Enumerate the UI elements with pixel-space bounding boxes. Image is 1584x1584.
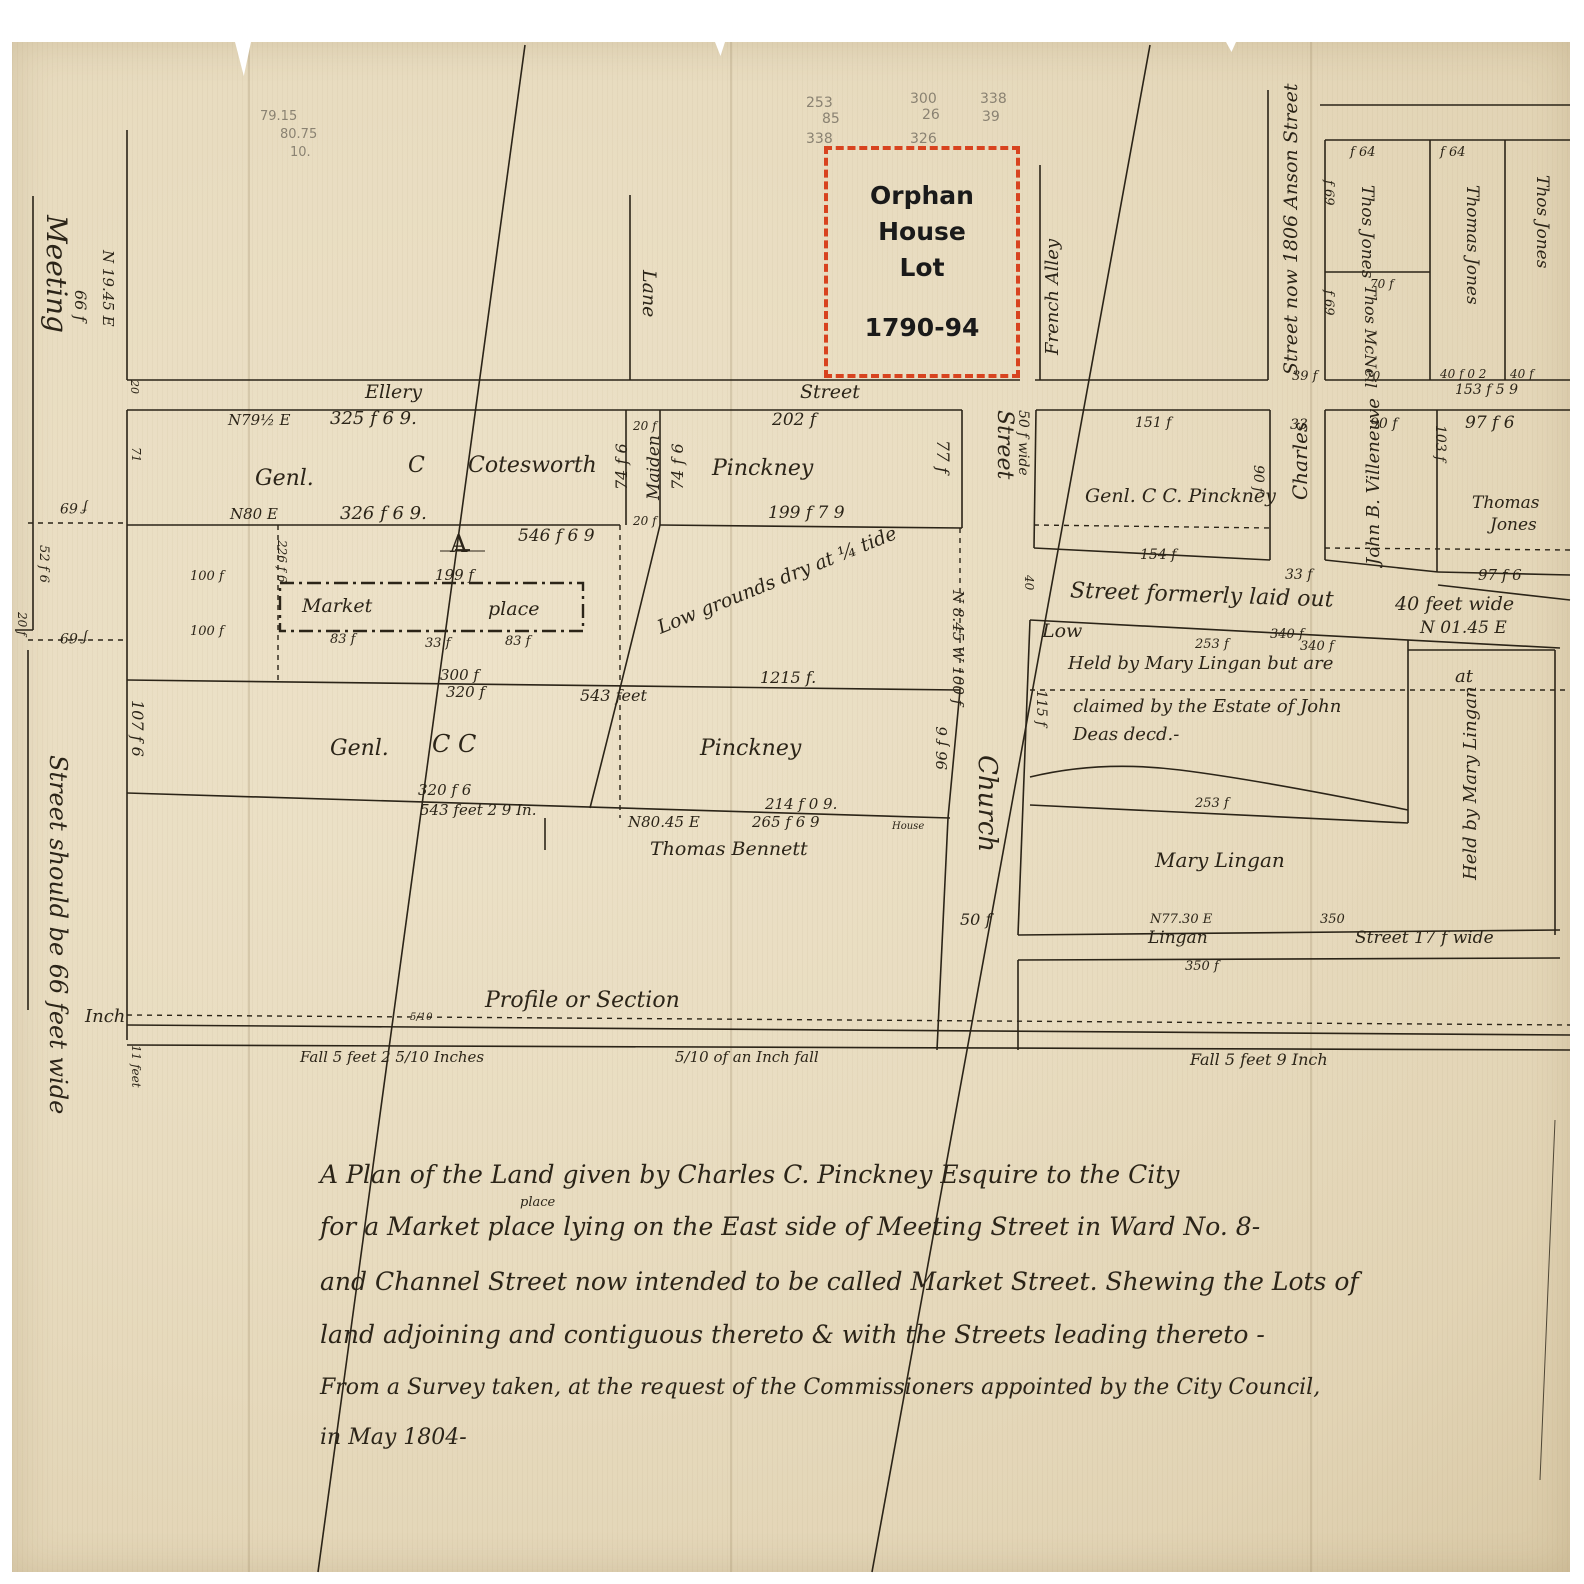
measure: 39 f bbox=[1292, 370, 1318, 383]
pencil-note: 300 bbox=[910, 92, 937, 106]
measure: 115 f bbox=[1034, 690, 1048, 726]
measure: 325 f 6 9. bbox=[330, 410, 417, 428]
measure: N79½ E bbox=[228, 413, 290, 428]
title-line-2: for a Market place lying on the East sid… bbox=[320, 1212, 1260, 1241]
pencil-note: 253 bbox=[806, 96, 833, 110]
measure: 350 bbox=[1320, 913, 1345, 926]
measure: 74 f 6 bbox=[670, 443, 686, 490]
measure: 320 f bbox=[446, 685, 485, 700]
measure: 70 f bbox=[1370, 278, 1394, 290]
overlay-label-lot: Lot bbox=[828, 250, 1016, 286]
measure: 154 f bbox=[1140, 548, 1176, 562]
measure: 50 f bbox=[960, 912, 991, 928]
measure: 33 bbox=[1290, 418, 1308, 432]
measure: 151 f bbox=[1135, 416, 1171, 430]
measure: 320 f 6 bbox=[418, 783, 471, 798]
measure: 50 f wide bbox=[1016, 410, 1030, 476]
note-held-by-2: claimed by the Estate of John bbox=[1073, 698, 1341, 716]
measure: 326 f 6 9. bbox=[340, 505, 427, 523]
measure: f 69 bbox=[1322, 290, 1335, 316]
owner-thos-jones: Thos Jones bbox=[1358, 185, 1375, 278]
measure: N77.30 E bbox=[1150, 913, 1212, 926]
measure: 20 f bbox=[633, 515, 657, 527]
owner-genl: Genl. bbox=[255, 468, 314, 490]
measure: 543 feet 2 9 In. bbox=[420, 803, 536, 818]
measure: f 64 bbox=[1440, 146, 1466, 159]
owner-pinckney-north: Pinckney bbox=[712, 458, 813, 480]
owner-pinckney-south: Pinckney bbox=[700, 738, 801, 760]
measure: f 64 bbox=[1350, 146, 1376, 159]
label-house: House bbox=[892, 822, 924, 832]
measure: 546 f 6 9 bbox=[518, 528, 595, 545]
owner-genl-south: Genl. bbox=[330, 738, 389, 760]
owner-cc-pinckney-east: Genl. C C. Pinckney bbox=[1085, 487, 1276, 506]
pencil-note: 85 bbox=[822, 112, 840, 126]
street-label-maiden: Maiden bbox=[646, 435, 663, 500]
overlay-label-house: House bbox=[828, 214, 1016, 250]
pencil-note: 26 bbox=[922, 108, 940, 122]
measure: 253 f bbox=[1195, 797, 1229, 810]
street-label-church: Church bbox=[974, 755, 1000, 852]
measure: N 01.45 E bbox=[1420, 620, 1507, 637]
pencil-note: 326 bbox=[910, 132, 937, 146]
pencil-note: 80.75 bbox=[280, 128, 317, 141]
measure: 40 bbox=[1023, 575, 1035, 590]
measure: N80.45 E bbox=[628, 815, 700, 830]
title-line-4: land adjoining and contiguous thereto & … bbox=[320, 1320, 1265, 1349]
measure: 20 f bbox=[633, 420, 657, 432]
measure: 40 f 0 2 bbox=[1440, 368, 1486, 380]
measure: 20 f bbox=[16, 612, 28, 636]
street-label-lingan-street: Street 17 f wide bbox=[1355, 930, 1494, 947]
pencil-note: 39 bbox=[982, 110, 1000, 124]
owner-thomas-jones-2: Jones bbox=[1490, 517, 1537, 534]
measure: 96 f 6 bbox=[935, 726, 950, 770]
title-line-5: From a Survey taken, at the request of t… bbox=[320, 1375, 1320, 1400]
measure: 199 f bbox=[435, 568, 474, 583]
owner-thomas-bennett: Thomas Bennett bbox=[650, 840, 808, 859]
measure: 70 bbox=[1365, 370, 1380, 382]
orphan-house-lot-highlight: Orphan House Lot 1790-94 bbox=[824, 146, 1020, 378]
measure: 40 f bbox=[1510, 368, 1534, 380]
measure: 350 f bbox=[1185, 960, 1219, 973]
measure: 83 f bbox=[505, 635, 531, 648]
street-label-meeting: Meeting bbox=[42, 215, 70, 333]
market-label-market: Market bbox=[302, 597, 372, 616]
measure: 340 f bbox=[1300, 640, 1334, 653]
owner-mary-lingan: Mary Lingan bbox=[1155, 850, 1285, 870]
street-label-anson: Street now 1806 Anson Street bbox=[1282, 83, 1301, 375]
measure: 214 f 0 9. bbox=[765, 797, 837, 812]
street-label-lane: Lane bbox=[639, 270, 658, 317]
note-at: at bbox=[1455, 668, 1473, 686]
title-line-6: in May 1804- bbox=[320, 1425, 467, 1450]
measure: f 69 bbox=[60, 500, 87, 514]
measure: 100 f bbox=[190, 570, 224, 583]
measure: 340 f bbox=[1270, 628, 1304, 641]
measure: 66 f bbox=[72, 290, 88, 321]
measure: 107 f 6 bbox=[129, 700, 145, 757]
profile-fall-right: Fall 5 feet 9 Inch bbox=[1190, 1052, 1328, 1068]
profile-title: Profile or Section bbox=[485, 990, 680, 1012]
market-label-place: place bbox=[488, 600, 539, 619]
measure: 71 bbox=[130, 447, 142, 462]
measure: 226 f 6 bbox=[276, 540, 288, 583]
market-label-a: A bbox=[450, 532, 467, 556]
measure: N 8.45 W 100 f bbox=[950, 590, 965, 705]
owner-cotesworth: Cotesworth bbox=[468, 455, 597, 477]
owner-thomas-jones-b: Thomas Jones bbox=[1463, 185, 1480, 305]
measure: 1215 f. bbox=[760, 670, 816, 686]
measure: 265 f 6 9 bbox=[752, 815, 820, 830]
measure: 52 f 6 bbox=[37, 545, 50, 583]
overlay-years: 1790-94 bbox=[828, 310, 1016, 346]
measure: 83 f bbox=[330, 633, 356, 646]
measure: 33 f bbox=[1285, 568, 1312, 582]
pencil-note: 338 bbox=[980, 92, 1007, 106]
pencil-note: 10. bbox=[290, 146, 311, 159]
measure: 97 f 6 bbox=[1478, 568, 1522, 583]
overlay-label-orphan: Orphan bbox=[828, 178, 1016, 214]
measure: 77 f bbox=[933, 440, 950, 473]
profile-inch: Inch bbox=[85, 1008, 125, 1026]
pencil-note: 338 bbox=[806, 132, 833, 146]
title-line-3: and Channel Street now intended to be ca… bbox=[320, 1267, 1359, 1296]
street-label-ellery: Ellery bbox=[365, 383, 422, 402]
measure: N80 E bbox=[230, 507, 278, 522]
measure: 153 f 5 9 bbox=[1455, 383, 1518, 397]
profile-tick: 5/10 bbox=[410, 1013, 432, 1023]
measure: 74 f 6 bbox=[614, 443, 630, 490]
street-label-ellery-street: Street bbox=[800, 383, 860, 402]
owner-held-by-mary-vert: Held by Mary Lingan bbox=[1462, 686, 1480, 880]
measure: 100 f bbox=[190, 625, 224, 638]
measure: 90 f bbox=[1370, 417, 1397, 431]
measure: 253 f bbox=[1195, 638, 1229, 651]
street-label-lingan: Lingan bbox=[1148, 930, 1208, 947]
profile-fall-mid: 5/10 of an Inch fall bbox=[675, 1050, 819, 1065]
measure: 202 f bbox=[772, 412, 816, 429]
profile-fall-left: Fall 5 feet 2 5/10 Inches bbox=[300, 1050, 484, 1065]
pencil-note: 79.15 bbox=[260, 110, 297, 123]
measure: 543 feet bbox=[580, 688, 647, 704]
street-label-church-street: Street bbox=[993, 410, 1015, 479]
measure: 97 f 6 bbox=[1465, 415, 1515, 432]
owner-c: C bbox=[408, 455, 425, 477]
measure: 103 f bbox=[1433, 425, 1447, 461]
measure: f 69 bbox=[1322, 180, 1335, 206]
street-width-note: 40 feet wide bbox=[1395, 595, 1514, 614]
owner-thos-jones-c: Thos Jones bbox=[1533, 175, 1550, 268]
note-held-by-3: Deas decd.- bbox=[1073, 726, 1179, 744]
measure: 199 f 7 9 bbox=[768, 505, 845, 522]
owner-thomas-jones-1: Thomas bbox=[1472, 495, 1540, 512]
measure: 300 f bbox=[440, 668, 479, 683]
street-note-meeting: Street should be 66 feet wide bbox=[46, 755, 70, 1114]
measure: N 19.45 E bbox=[100, 250, 115, 327]
measure: f 69 bbox=[60, 630, 87, 644]
profile-11-feet: 11 feet bbox=[130, 1045, 142, 1088]
street-label-french-alley: French Alley bbox=[1044, 239, 1062, 355]
title-insert-word: place bbox=[520, 1196, 555, 1209]
measure: 20 bbox=[129, 380, 140, 394]
note-held-by-1: Held by Mary Lingan but are bbox=[1068, 655, 1333, 673]
title-line-1: A Plan of the Land given by Charles C. P… bbox=[320, 1160, 1179, 1189]
street-label-low: Low bbox=[1042, 622, 1082, 641]
street-label-charles: Charles bbox=[1290, 422, 1310, 500]
measure: 90 f bbox=[1251, 465, 1265, 492]
owner-cc-south: C C bbox=[432, 732, 476, 756]
measure: 33 f bbox=[425, 637, 451, 650]
